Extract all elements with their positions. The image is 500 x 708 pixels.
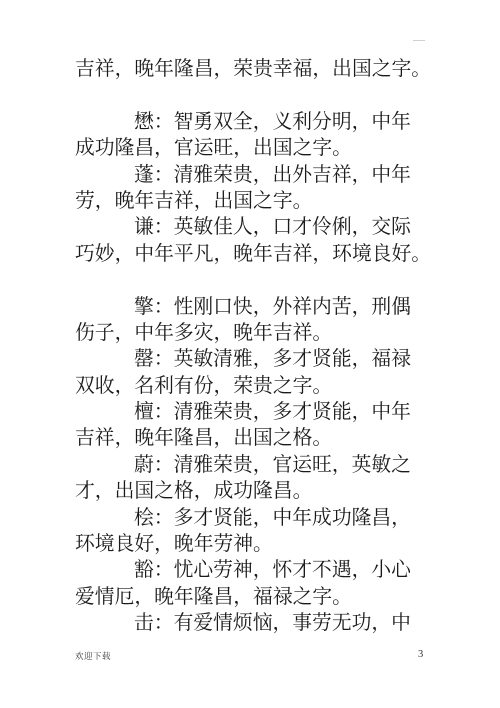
text-line: 吉祥，晚年隆昌，荣贵幸福，出国之字。 xyxy=(75,56,433,82)
text-line: 懋：智勇双全，义利分明，中年 xyxy=(75,109,433,135)
body-text: 吉祥，晚年隆昌，荣贵幸福，出国之字。懋：智勇双全，义利分明，中年成功隆昌，官运旺… xyxy=(75,56,433,637)
text-line: 擎：性刚口快，外祥内苦，刑偶 xyxy=(75,294,433,320)
text-line: 谦：英敏佳人，口才伶俐，交际 xyxy=(75,214,433,240)
text-line: 环境良好，晚年劳神。 xyxy=(75,531,433,557)
text-line: 豁：忧心劳神，怀才不遇，小心 xyxy=(75,557,433,583)
text-line: 击：有爱情烦恼，事劳无功，中 xyxy=(75,610,433,636)
page-number: 3 xyxy=(418,649,423,661)
text-line: 蓬：清雅荣贵，出外吉祥，中年 xyxy=(75,162,433,188)
header-dash: — xyxy=(413,33,425,45)
text-line: 蔚：清雅荣贵，官运旺，英敏之 xyxy=(75,452,433,478)
text-line: 双收，名利有份，荣贵之字。 xyxy=(75,373,433,399)
text-line: 爱情厄，晚年隆昌，福禄之字。 xyxy=(75,584,433,610)
blank-line xyxy=(75,267,433,293)
document-page: — 吉祥，晚年隆昌，荣贵幸福，出国之字。懋：智勇双全，义利分明，中年成功隆昌，官… xyxy=(0,0,500,708)
footer-download-note: 欢迎下载 xyxy=(75,651,111,661)
text-line: 巧妙，中年平凡，晚年吉祥，环境良好。 xyxy=(75,241,433,267)
text-line: 罄：英敏清雅，多才贤能，福禄 xyxy=(75,346,433,372)
text-line: 才，出国之格，成功隆昌。 xyxy=(75,478,433,504)
text-line: 劳，晚年吉祥，出国之字。 xyxy=(75,188,433,214)
text-line: 桧：多才贤能，中年成功隆昌， xyxy=(75,505,433,531)
text-line: 伤子，中年多灾，晚年吉祥。 xyxy=(75,320,433,346)
text-line: 檀：清雅荣贵，多才贤能，中年 xyxy=(75,399,433,425)
blank-line xyxy=(75,82,433,108)
text-line: 吉祥，晚年隆昌，出国之格。 xyxy=(75,425,433,451)
text-line: 成功隆昌，官运旺，出国之字。 xyxy=(75,135,433,161)
